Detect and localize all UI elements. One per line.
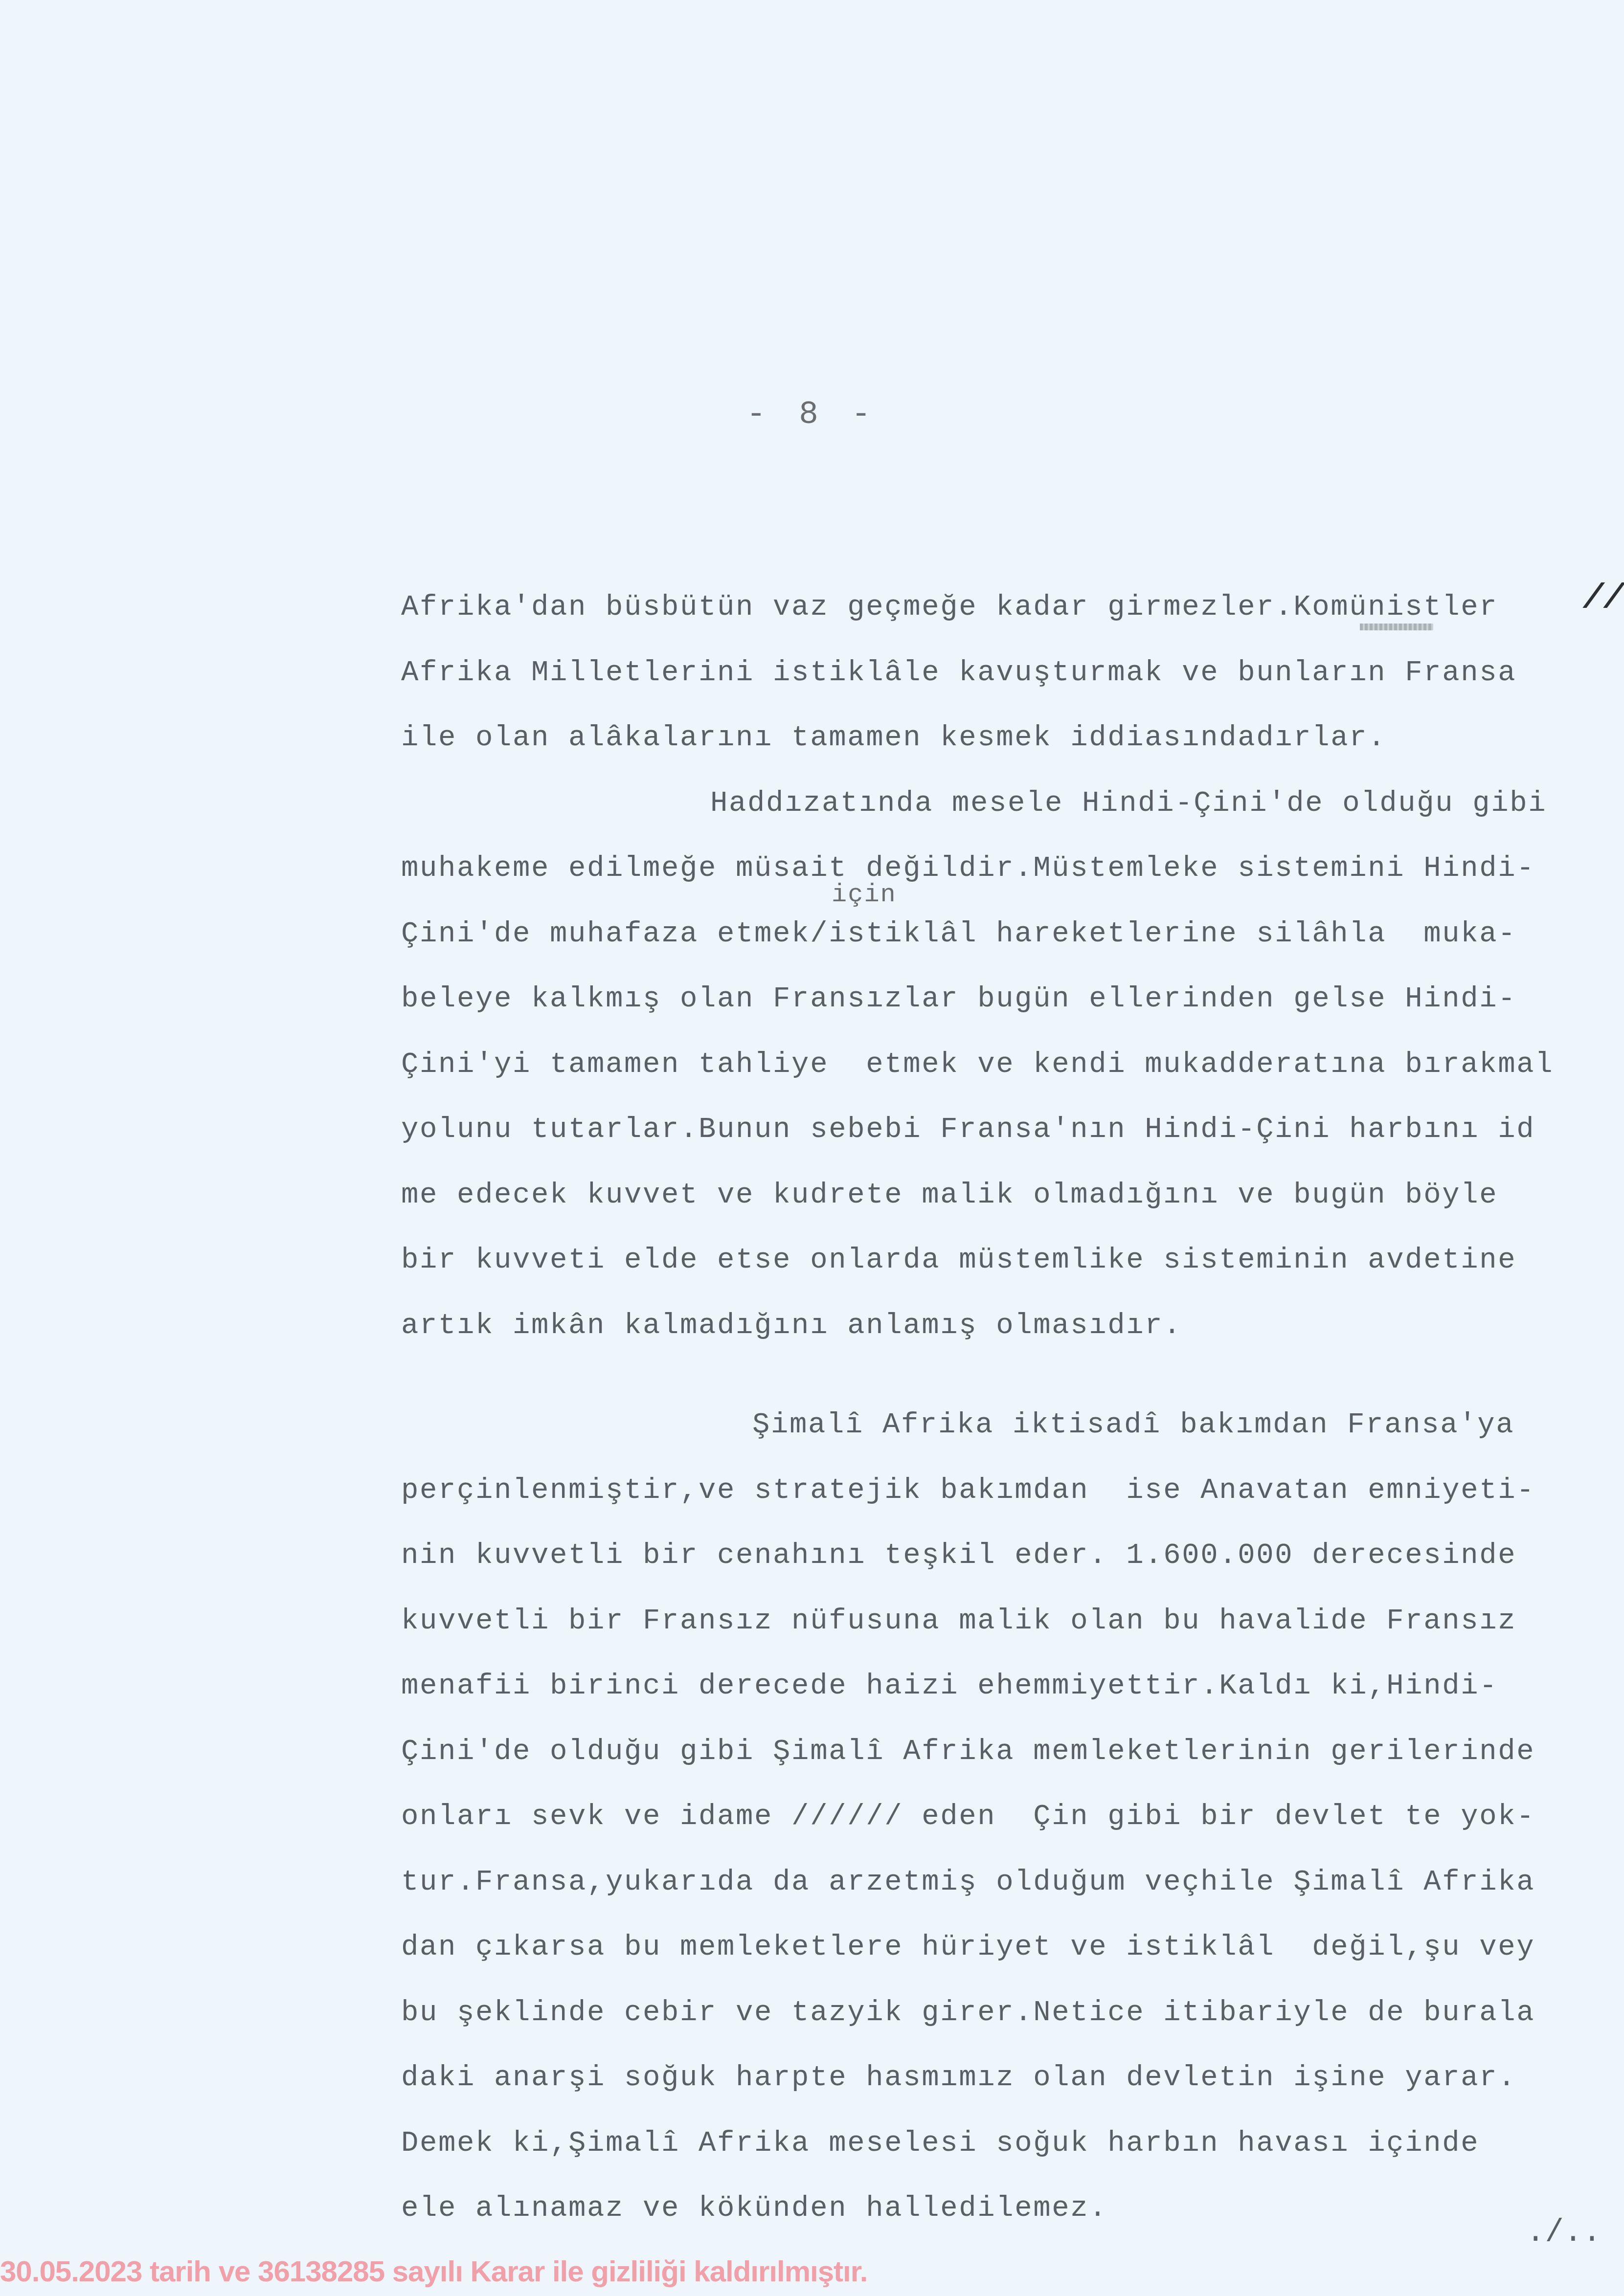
text-line: Haddızatında mesele Hindi-Çini'de olduğu…: [401, 771, 1614, 836]
declassification-footer: 30.05.2023 tarih ve 36138285 sayılı Kara…: [0, 2254, 867, 2288]
text-line: kuvvetli bir Fransız nüfusuna malik olan…: [401, 1588, 1614, 1654]
text-line: Çini'yi tamamen tahliye etmek ve kendi m…: [401, 1032, 1614, 1097]
text-line: muhakeme edilmeğe müsait değildir.Müstem…: [401, 836, 1614, 901]
document-body: Afrika'dan büsbütün vaz geçmeğe kadar gi…: [401, 575, 1614, 2241]
text-line: daki anarşi soğuk harpte hasmımız olan d…: [401, 2045, 1614, 2111]
text-line: beleye kalkmış olan Fransızlar bugün ell…: [401, 966, 1614, 1032]
margin-correction-mark: //: [1583, 580, 1624, 618]
text-line: Şimalî Afrika iktisadî bakımdan Fransa'y…: [401, 1392, 1614, 1458]
text-line: artık imkân kalmadığını anlamış olmasıdı…: [401, 1293, 1614, 1359]
text-line: tur.Fransa,yukarıda da arzetmiş olduğum …: [401, 1850, 1614, 1915]
text-line: nin kuvvetli bir cenahını teşkil eder. 1…: [401, 1523, 1614, 1588]
interlinear-insertion: için: [832, 880, 897, 909]
text-line: dan çıkarsa bu memleketlere hüriyet ve i…: [401, 1915, 1614, 1980]
text-line: perçinlenmiştir,ve stratejik bakımdan is…: [401, 1458, 1614, 1523]
text-line: menafii birinci derecede haizi ehemmiyet…: [401, 1653, 1614, 1719]
text-line: onları sevk ve idame ////// eden Çin gib…: [401, 1784, 1614, 1850]
text-line: Çini'de olduğu gibi Şimalî Afrika memlek…: [401, 1719, 1614, 1784]
page-number: - 8 -: [0, 396, 1624, 433]
text-line: Demek ki,Şimalî Afrika meselesi soğuk ha…: [401, 2111, 1614, 2176]
text-line: bir kuvveti elde etse onlarda müstemlike…: [401, 1227, 1614, 1293]
paragraph-3: Şimalî Afrika iktisadî bakımdan Fransa'y…: [401, 1392, 1614, 2241]
text-line: ile olan alâkalarını tamamen kesmek iddi…: [401, 705, 1614, 771]
text-line: Afrika Milletlerini istiklâle kavuşturma…: [401, 640, 1614, 706]
paragraph-2: Haddızatında mesele Hindi-Çini'de olduğu…: [401, 771, 1614, 1359]
text-line: ele alınamaz ve kökünden halledilemez.: [401, 2176, 1614, 2241]
continuation-mark: ./..: [1526, 2215, 1601, 2251]
erasure-smudge: [1360, 624, 1433, 630]
text-line: me edecek kuvvet ve kudrete malik olmadı…: [401, 1162, 1614, 1228]
text-line: yolunu tutarlar.Bunun sebebi Fransa'nın …: [401, 1097, 1614, 1162]
paragraph-1: Afrika'dan büsbütün vaz geçmeğe kadar gi…: [401, 575, 1614, 771]
text-line: Çini'de muhafaza etmek/istiklâl hareketl…: [401, 901, 1614, 967]
text-line: bu şeklinde cebir ve tazyik girer.Netice…: [401, 1980, 1614, 2046]
